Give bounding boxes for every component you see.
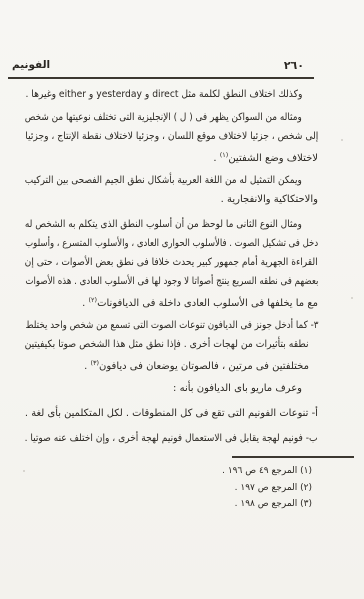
body-line: لاختلاف وضع الشفتين(١) . [25,146,318,165]
body-line: ب- فونيم لهجة يقابل فى الاستعمال فونيم ل… [25,429,318,448]
footnote-text: (٢) المرجع ص ١٩٧ . [235,480,312,497]
line-text: وكذلك اختلاف النطق لكلمة مثل direct و ye… [25,85,302,104]
body-line: وكذلك اختلاف النطق لكلمة مثل direct و ye… [25,85,318,104]
body-line: القراءة الجهرية أمام جمهور كبير يحدث خلا… [25,253,318,272]
paragraph-8-item-b: ب- فونيم لهجة يقابل فى الاستعمال فونيم ل… [25,429,318,448]
paragraph-4: ومثال النوع الثانى ما لوحظ من أن أسلوب ا… [25,215,318,310]
line-text: وعرف ماريو باى الديافون بأنه : [173,379,302,398]
line-text: ٣- كما أدخل جونز فى الديافون تنوعات الصو… [25,316,318,335]
body-line: نطقه بتأثيرات من لهجات أخرى . فإذا نطق م… [25,335,318,354]
paragraph-3: ويمكن التمثيل له من اللغة العربية بأشكال… [25,171,318,209]
scan-speck [351,297,353,299]
page-number: ٢٦٠ [284,58,304,73]
footnote-3: (٣) المرجع ص ١٩٨ . [25,496,312,513]
footnote-ref-2: (٢) [88,296,97,304]
book-page: ٢٦٠ الفونيم وكذلك اختلاف النطق لكلمة مثل… [0,0,364,599]
footnote-separator [232,456,354,458]
paragraph-5-item-3: ٣- كما أدخل جونز فى الديافون تنوعات الصو… [25,316,318,373]
body-line: ومثال النوع الثانى ما لوحظ من أن أسلوب ا… [25,215,318,234]
running-title: الفونيم [12,58,50,73]
paragraph-6: وعرف ماريو باى الديافون بأنه : [25,379,318,398]
body-line: مع ما يخلفها فى الأسلوب العادى داخلة فى … [25,291,318,310]
body-line: وعرف ماريو باى الديافون بأنه : [25,379,318,398]
footnote-ref-3: (٣) [90,359,99,367]
line-text: مع ما يخلفها فى الأسلوب العادى داخلة فى … [97,298,318,309]
line-text: بعضهم فى نطقه السريع ينتج أصواتا لا وجود… [25,272,318,291]
body-line: والاحتكاكية والانفجارية . [25,190,318,209]
line-text: لاختلاف وضع الشفتين [228,153,318,164]
line-text: ومثاله من السواكن يظهر فى ( ل ) الإنجليز… [25,108,302,127]
footnote-text: (٣) المرجع ص ١٩٨ . [235,496,312,513]
scan-speck [23,470,25,472]
line-text: مختلفتين فى مرتين ، فالصوتان يوضعان فى د… [99,361,309,372]
line-text: ب- فونيم لهجة يقابل فى الاستعمال فونيم ل… [25,429,318,448]
body-line: ٣- كما أدخل جونز فى الديافون تنوعات الصو… [25,316,318,335]
body-line: ومثاله من السواكن يظهر فى ( ل ) الإنجليز… [25,108,318,127]
body-line: أ- تنوعات الفونيم التى تقع فى كل المنطوق… [25,404,318,423]
line-text: إلى شخص ، جزئيا لاختلاف موقع اللسان ، وج… [25,127,318,146]
line-text: دخل فى تشكيل الصوت . فالأسلوب الحوارى ال… [25,234,318,253]
page-body: وكذلك اختلاف النطق لكلمة مثل direct و ye… [0,79,364,448]
body-line: ويمكن التمثيل له من اللغة العربية بأشكال… [25,171,318,190]
body-line: بعضهم فى نطقه السريع ينتج أصواتا لا وجود… [25,272,318,291]
scan-speck [341,139,343,141]
line-text: القراءة الجهرية أمام جمهور كبير يحدث خلا… [25,253,318,272]
footnote-text: (١) المرجع ٤٩ ص ١٩٦ . [222,463,312,480]
line-text: ويمكن التمثيل له من اللغة العربية بأشكال… [25,171,302,190]
body-line: إلى شخص ، جزئيا لاختلاف موقع اللسان ، وج… [25,127,318,146]
footnotes: (١) المرجع ٤٩ ص ١٩٦ . (٢) المرجع ص ١٩٧ .… [0,463,364,513]
line-text: نطقه بتأثيرات من لهجات أخرى . فإذا نطق م… [25,335,309,354]
line-text: ومثال النوع الثانى ما لوحظ من أن أسلوب ا… [25,215,302,234]
footnote-2: (٢) المرجع ص ١٩٧ . [25,480,312,497]
body-line: مختلفتين فى مرتين ، فالصوتان يوضعان فى د… [25,354,318,373]
line-text: والاحتكاكية والانفجارية . [221,190,318,209]
footnote-1: (١) المرجع ٤٩ ص ١٩٦ . [25,463,312,480]
body-line: دخل فى تشكيل الصوت . فالأسلوب الحوارى ال… [25,234,318,253]
paragraph-2: ومثاله من السواكن يظهر فى ( ل ) الإنجليز… [25,108,318,165]
paragraph-7-item-a: أ- تنوعات الفونيم التى تقع فى كل المنطوق… [25,404,318,423]
line-text: أ- تنوعات الفونيم التى تقع فى كل المنطوق… [25,404,318,423]
paragraph-1: وكذلك اختلاف النطق لكلمة مثل direct و ye… [25,85,318,104]
page-header: ٢٦٠ الفونيم [0,0,364,73]
